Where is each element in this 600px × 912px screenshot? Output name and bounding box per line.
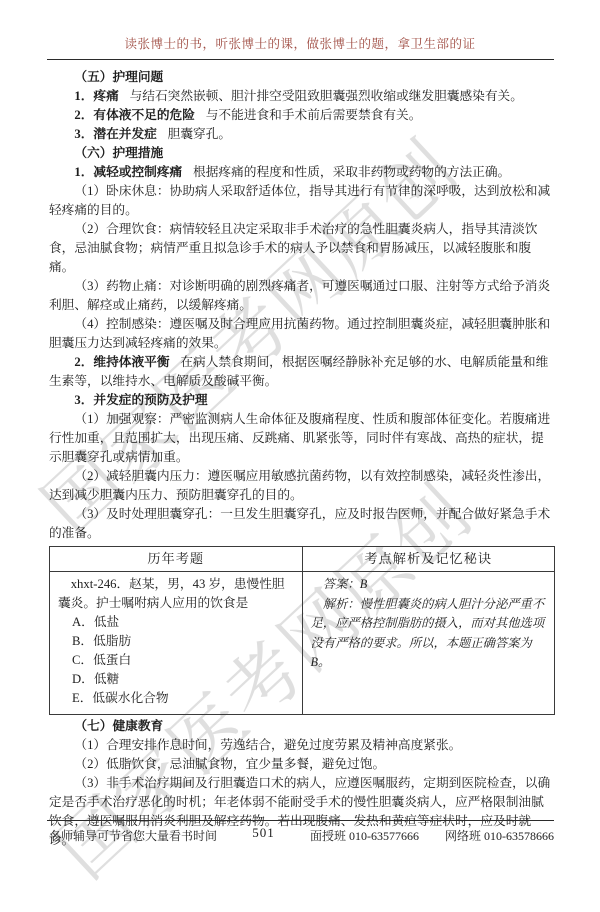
footer-phones: 面授班 010-63577666 网络班 010-63578666 xyxy=(310,827,554,844)
exam-question-stem: xhxt-246．赵某，男，43 岁，患慢性胆囊炎。护士嘱咐病人应用的饮食是 xyxy=(58,575,294,613)
nursing-problem-1-text: 与结石突然嵌顿、胆汁排空受阻致胆囊强烈收缩或继发胆囊感染有关。 xyxy=(130,89,523,103)
document-page: 国家医考网原创 国家医考网原创 读张博士的书，听张博士的课，做张博士的题，拿卫生… xyxy=(0,0,600,912)
measure-1-sub-3: （3）药物止痛：对诊断明确的剧烈疼痛者，可遵医嘱通过口服、注射等方式给予消炎利胆… xyxy=(49,277,555,315)
footer-phone-classroom: 面授班 010-63577666 xyxy=(310,827,419,844)
nursing-problem-2-lead: 2．有体液不足的危险 xyxy=(74,108,195,122)
nursing-problem-3-lead: 3．潜在并发症 xyxy=(74,127,156,141)
nursing-problem-1: 1．疼痛与结石突然嵌顿、胆汁排空受阻致胆囊强烈收缩或继发胆囊感染有关。 xyxy=(49,87,555,106)
page-number: 501 xyxy=(252,825,275,841)
section-7-heading: （七）健康教育 xyxy=(49,717,555,736)
measure-3-sub-1: （1）加强观察：严密监测病人生命体征及腹痛程度、性质和腹部体征变化。若腹痛进行性… xyxy=(49,410,555,467)
measure-3-lead: 3．并发症的预防及护理 xyxy=(74,393,207,407)
nursing-problem-1-lead: 1．疼痛 xyxy=(74,89,118,103)
measure-1-lead: 1．减轻或控制疼痛 xyxy=(74,165,182,179)
measure-3-sub-3: （3）及时处理胆囊穿孔：一旦发生胆囊穿孔，应及时报告医师，并配合做好紧急手术的准… xyxy=(49,505,555,543)
document-body: （五）护理问题 1．疼痛与结石突然嵌顿、胆汁排空受阻致胆囊强烈收缩或继发胆囊感染… xyxy=(0,60,600,850)
exam-table-body-row: xhxt-246．赵某，男，43 岁，患慢性胆囊炎。护士嘱咐病人应用的饮食是 A… xyxy=(50,572,555,715)
health-ed-1: （1）合理安排作息时间，劳逸结合，避免过度劳累及精神高度紧张。 xyxy=(49,736,555,755)
page-header: 读张博士的书，听张博士的课，做张博士的题，拿卫生部的证 xyxy=(0,0,600,60)
page-footer: 名师辅导可节省您大量看书时间 501 面授班 010-63577666 网络班 … xyxy=(0,820,600,844)
exam-table: 历年考题 考点解析及记忆秘诀 xhxt-246．赵某，男，43 岁，患慢性胆囊炎… xyxy=(49,546,555,715)
exam-analysis-cell: 答案：B 解析：慢性胆囊炎的病人胆汁分泌严重不足，应严格控制脂肪的摄入，而对其他… xyxy=(302,572,555,715)
nursing-problem-2-text: 与不能进食和手术前后需要禁食有关。 xyxy=(206,108,422,122)
section-5-heading: （五）护理问题 xyxy=(49,68,555,87)
footer-tagline: 名师辅导可节省您大量看书时间 xyxy=(49,827,217,844)
footer-row: 名师辅导可节省您大量看书时间 501 面授班 010-63577666 网络班 … xyxy=(0,821,600,844)
exam-table-header-questions: 历年考题 xyxy=(50,547,303,572)
measure-2-lead: 2．维持体液平衡 xyxy=(74,355,169,369)
exam-table-header-row: 历年考题 考点解析及记忆秘诀 xyxy=(50,547,555,572)
exam-option-a: A．低盐 xyxy=(58,613,294,632)
exam-option-d: D．低糖 xyxy=(58,670,294,689)
exam-option-e: E．低碳水化合物 xyxy=(58,689,294,708)
nursing-problem-3: 3．潜在并发症胆囊穿孔。 xyxy=(49,125,555,144)
measure-3: 3．并发症的预防及护理 xyxy=(49,391,555,410)
measure-1-sub-2: （2）合理饮食：病情较轻且决定采取非手术治疗的急性胆囊炎病人，指导其清淡饮食，忌… xyxy=(49,220,555,277)
exam-option-b: B．低脂肪 xyxy=(58,632,294,651)
measure-3-sub-2: （2）减轻胆囊内压力：遵医嘱应用敏感抗菌药物，以有效控制感染，减轻炎性渗出，达到… xyxy=(49,467,555,505)
health-ed-2: （2）低脂饮食，忌油腻食物，宜少量多餐，避免过饱。 xyxy=(49,755,555,774)
measure-1-text: 根据疼痛的程度和性质，采取非药物或药物的方法正确。 xyxy=(193,165,510,179)
measure-1-sub-1: （1）卧床休息：协助病人采取舒适体位，指导其进行有节律的深呼吸，达到放松和减轻疼… xyxy=(49,182,555,220)
measure-1-sub-4: （4）控制感染：遵医嘱及时合理应用抗菌药物。通过控制胆囊炎症，减轻胆囊肿胀和胆囊… xyxy=(49,315,555,353)
exam-analysis-text: 解析：慢性胆囊炎的病人胆汁分泌严重不足，应严格控制脂肪的摄入，而对其他选项没有严… xyxy=(311,595,547,673)
exam-answer: 答案：B xyxy=(311,575,547,595)
section-6-heading: （六）护理措施 xyxy=(49,144,555,163)
exam-table-header-analysis: 考点解析及记忆秘诀 xyxy=(302,547,555,572)
exam-question-cell: xhxt-246．赵某，男，43 岁，患慢性胆囊炎。护士嘱咐病人应用的饮食是 A… xyxy=(50,572,303,715)
measure-2: 2．维持体液平衡在病人禁食期间，根据医嘱经静脉补充足够的水、电解质能量和维生素等… xyxy=(49,353,555,391)
measure-1: 1．减轻或控制疼痛根据疼痛的程度和性质，采取非药物或药物的方法正确。 xyxy=(49,163,555,182)
nursing-problem-3-text: 胆囊穿孔。 xyxy=(168,127,231,141)
nursing-problem-2: 2．有体液不足的危险与不能进食和手术前后需要禁食有关。 xyxy=(49,106,555,125)
footer-phone-online: 网络班 010-63578666 xyxy=(445,827,554,844)
exam-option-c: C．低蛋白 xyxy=(58,651,294,670)
header-slogan: 读张博士的书，听张博士的课，做张博士的题，拿卫生部的证 xyxy=(0,34,600,52)
